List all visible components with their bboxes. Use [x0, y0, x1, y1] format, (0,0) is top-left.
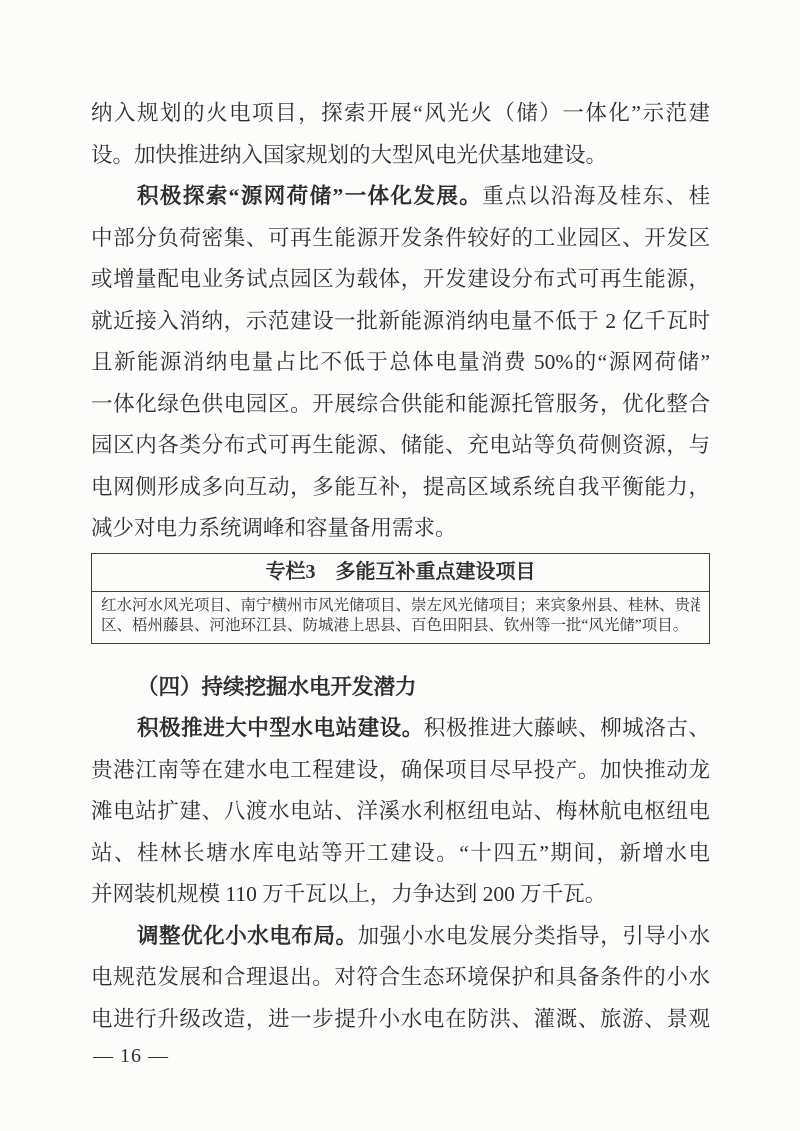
- text-line: 电规范发展和合理退出。对符合生态环境保护和具备条件的小水: [91, 957, 710, 999]
- text-line: 滩电站扩建、八渡水电站、洋溪水利枢纽电站、梅林航电枢纽电: [91, 791, 710, 833]
- text-run: 贵港江南等在建水电工程建设，确保项目尽早投产。加快推动龙: [91, 758, 710, 782]
- text-line: 一体化绿色供电园区。开展综合供能和能源托管服务，优化整合: [91, 384, 710, 426]
- text-run: 园区内各类分布式可再生能源、储能、充电站等负荷侧资源，与: [91, 433, 710, 457]
- paragraph-continuation: 纳入规划的火电项目，探索开展“风光火（储）一体化”示范建 设。加快推进纳入国家规…: [91, 93, 710, 176]
- paragraph-hydropower-stations: 积极推进大中型水电站建设。积极推进大藤峡、柳城洛古、 贵港江南等在建水电工程建设…: [91, 708, 710, 916]
- text-run: 中部分负荷密集、可再生能源开发条件较好的工业园区、开发区: [91, 226, 710, 250]
- text-line: 纳入规划的火电项目，探索开展“风光火（储）一体化”示范建: [91, 93, 710, 135]
- text-line: 站、桂林长塘水库电站等开工建设。“十四五”期间，新增水电: [91, 833, 710, 875]
- text-line: 贵港江南等在建水电工程建设，确保项目尽早投产。加快推动龙: [91, 750, 710, 792]
- text-run: 或增量配电业务试点园区为载体，开发建设分布式可再生能源，: [91, 267, 710, 291]
- text-run: 滩电站扩建、八渡水电站、洋溪水利枢纽电站、梅林航电枢纽电: [91, 799, 710, 823]
- column-box-title: 专栏3 多能互补重点建设项目: [92, 554, 709, 592]
- page-content: 纳入规划的火电项目，探索开展“风光火（储）一体化”示范建 设。加快推进纳入国家规…: [91, 93, 710, 1040]
- box-text-line: 红水河水风光项目、南宁横州市风光储项目、崇左风光储项目；来宾象州县、桂林、贵港覃…: [101, 596, 700, 617]
- text-line: 积极推进大中型水电站建设。积极推进大藤峡、柳城洛古、: [91, 708, 710, 750]
- text-run: 设。加快推进纳入国家规划的大型风电光伏基地建设。: [91, 143, 607, 167]
- text-run: 电规范发展和合理退出。对符合生态环境保护和具备条件的小水: [91, 965, 710, 989]
- text-line: 减少对电力系统调峰和容量备用需求。: [91, 508, 710, 550]
- text-line: 并网装机规模 110 万千瓦以上，力争达到 200 万千瓦。: [91, 874, 710, 916]
- text-line: 调整优化小水电布局。加强小水电发展分类指导，引导小水: [91, 916, 710, 958]
- paragraph-small-hydropower: 调整优化小水电布局。加强小水电发展分类指导，引导小水 电规范发展和合理退出。对符…: [91, 916, 710, 1041]
- page-number: — 16 —: [93, 1045, 169, 1068]
- paragraph-source-grid-load-storage: 积极探索“源网荷储”一体化发展。重点以沿海及桂东、桂 中部分负荷密集、可再生能源…: [91, 176, 710, 550]
- text-line: 且新能源消纳电量占比不低于总体电量消费 50%的“源网荷储”: [91, 342, 710, 384]
- bold-lead: 积极探索“源网荷储”一体化发展。: [137, 184, 482, 208]
- text-run: 减少对电力系统调峰和容量备用需求。: [91, 516, 457, 540]
- text-line: 设。加快推进纳入国家规划的大型风电光伏基地建设。: [91, 135, 710, 177]
- column-box-3: 专栏3 多能互补重点建设项目 红水河水风光项目、南宁横州市风光储项目、崇左风光储…: [91, 553, 710, 644]
- text-run: 重点以沿海及桂东、桂: [482, 184, 710, 208]
- text-line: 或增量配电业务试点园区为载体，开发建设分布式可再生能源，: [91, 259, 710, 301]
- text-run: 纳入规划的火电项目，探索开展“风光火（储）一体化”示范建: [91, 101, 710, 125]
- text-line: 电进行升级改造，进一步提升小水电在防洪、灌溉、旅游、景观: [91, 999, 710, 1041]
- text-run: 积极推进大藤峡、柳城洛古、: [424, 716, 710, 740]
- text-run: 电进行升级改造，进一步提升小水电在防洪、灌溉、旅游、景观: [91, 1007, 710, 1031]
- column-box-body: 红水河水风光项目、南宁横州市风光储项目、崇左风光储项目；来宾象州县、桂林、贵港覃…: [92, 592, 709, 643]
- text-run: 且新能源消纳电量占比不低于总体电量消费 50%的“源网荷储”: [91, 350, 710, 374]
- bold-lead: 积极推进大中型水电站建设。: [137, 716, 424, 740]
- text-run: 并网装机规模 110 万千瓦以上，力争达到 200 万千瓦。: [91, 882, 606, 906]
- text-line: 园区内各类分布式可再生能源、储能、充电站等负荷侧资源，与: [91, 425, 710, 467]
- text-run: 站、桂林长塘水库电站等开工建设。“十四五”期间，新增水电: [91, 841, 710, 865]
- text-run: 电网侧形成多向互动，多能互补，提高区域系统自我平衡能力，: [91, 475, 710, 499]
- document-page: 纳入规划的火电项目，探索开展“风光火（储）一体化”示范建 设。加快推进纳入国家规…: [0, 0, 800, 1131]
- text-run: 红水河水风光项目、南宁横州市风光储项目、崇左风光储项目；来宾象州县、桂林、贵港覃…: [101, 597, 700, 614]
- text-line: 就近接入消纳，示范建设一批新能源消纳电量不低于 2 亿千瓦时: [91, 301, 710, 343]
- bold-lead: 调整优化小水电布局。: [137, 924, 358, 948]
- text-line: 电网侧形成多向互动，多能互补，提高区域系统自我平衡能力，: [91, 467, 710, 509]
- text-line: 积极探索“源网荷储”一体化发展。重点以沿海及桂东、桂: [91, 176, 710, 218]
- text-run: 就近接入消纳，示范建设一批新能源消纳电量不低于 2 亿千瓦时: [91, 309, 710, 333]
- text-line: 中部分负荷密集、可再生能源开发条件较好的工业园区、开发区: [91, 218, 710, 260]
- section-heading-4: （四）持续挖掘水电开发潜力: [91, 667, 710, 709]
- text-run: 加强小水电发展分类指导，引导小水: [358, 924, 710, 948]
- text-run: 一体化绿色供电园区。开展综合供能和能源托管服务，优化整合: [91, 392, 710, 416]
- box-text-line: 区、梧州藤县、河池环江县、防城港上思县、百色田阳县、钦州等一批“风光储”项目。: [101, 616, 700, 637]
- text-run: 区、梧州藤县、河池环江县、防城港上思县、百色田阳县、钦州等一批“风光储”项目。: [101, 617, 688, 634]
